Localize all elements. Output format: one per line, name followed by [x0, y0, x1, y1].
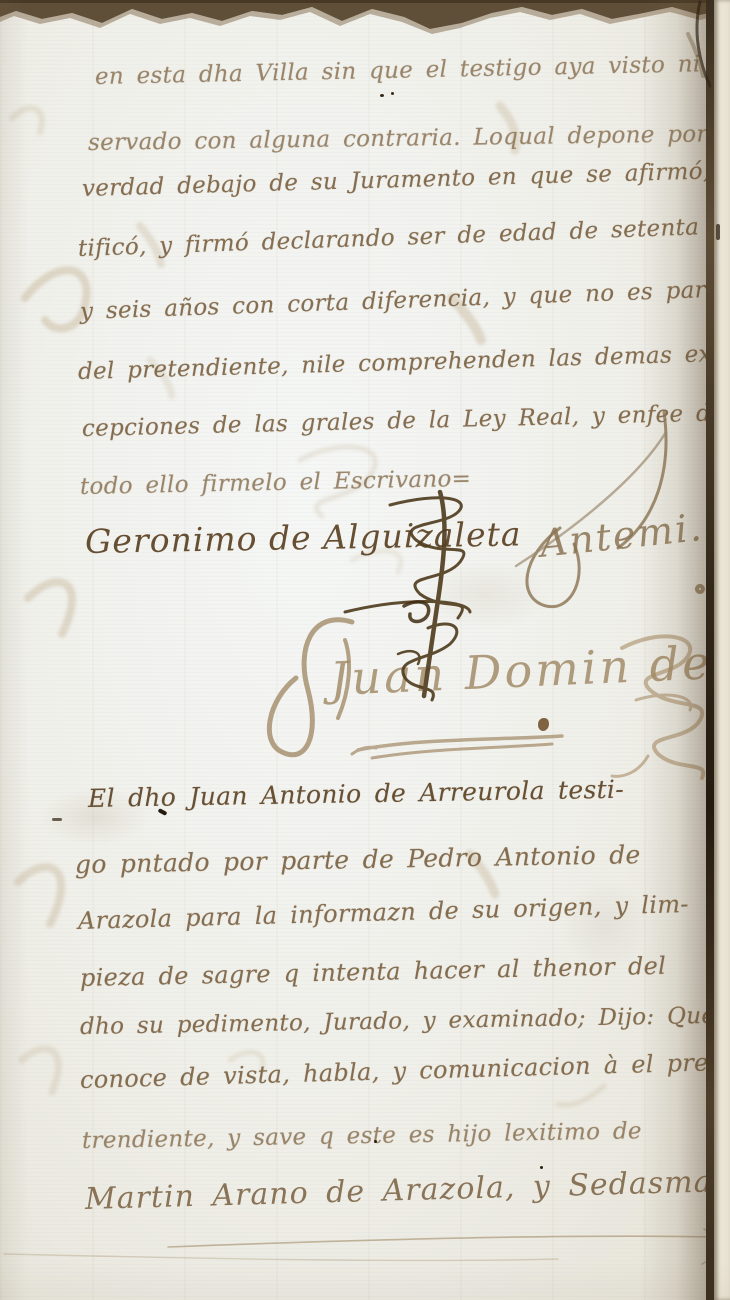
parents-names-line: Martin Arano de Arazola, y Sedasma de — [85, 1163, 730, 1217]
manuscript-line: El dho Juan Antonio de Arreurola testi- — [88, 775, 624, 813]
manuscript-line: cepciones de las grales de la Ley Real, … — [82, 400, 726, 442]
manuscript-line: del pretendiente, nile comprehenden las … — [78, 341, 720, 385]
manuscript-line: pieza de sagre q intenta hacer al thenor… — [80, 952, 667, 992]
manuscript-line: verdad debajo de su Juramento en que se … — [82, 157, 730, 202]
signature-witness: Juan Domin de Elola — [329, 629, 730, 706]
manuscript-line: en esta dha Villa sin que el testigo aya… — [95, 50, 730, 90]
signature-notary: Geronimo de Alguizaleta — [85, 514, 522, 561]
paper-stain — [420, 560, 550, 630]
ink-speck — [380, 94, 384, 97]
ink-speck — [52, 818, 62, 821]
manuscript-line: tificó, y firmó declarando ser de edad d… — [78, 214, 700, 262]
manuscript-line: Arazola para la informazn de su origen, … — [78, 890, 689, 935]
manuscript-line: servado con alguna contraria. Loqual dep… — [88, 121, 708, 156]
manuscript-line: trendiente, y save q este es hijo lexiti… — [82, 1118, 642, 1154]
signature-ante-mi: Antemi. — [538, 505, 706, 566]
manuscript-line: y seis años con corta diferencia, y que … — [80, 275, 730, 325]
ink-blot — [538, 718, 549, 731]
manuscript-line: go pntado por parte de Pedro Antonio de — [75, 840, 641, 879]
manuscript-line: dho su pedimento, Jurado, y examinado; D… — [80, 1003, 716, 1040]
torn-top-edge — [0, 0, 730, 44]
next-page-mark — [716, 224, 720, 240]
ink-speck — [391, 92, 394, 95]
manuscript-line: conoce de vista, habla, y comunicacion à… — [80, 1048, 718, 1094]
manuscript-page: en esta dha Villa sin que el testigo aya… — [0, 0, 730, 1300]
manuscript-line: todo ello firmelo el Escrivano= — [80, 466, 472, 500]
